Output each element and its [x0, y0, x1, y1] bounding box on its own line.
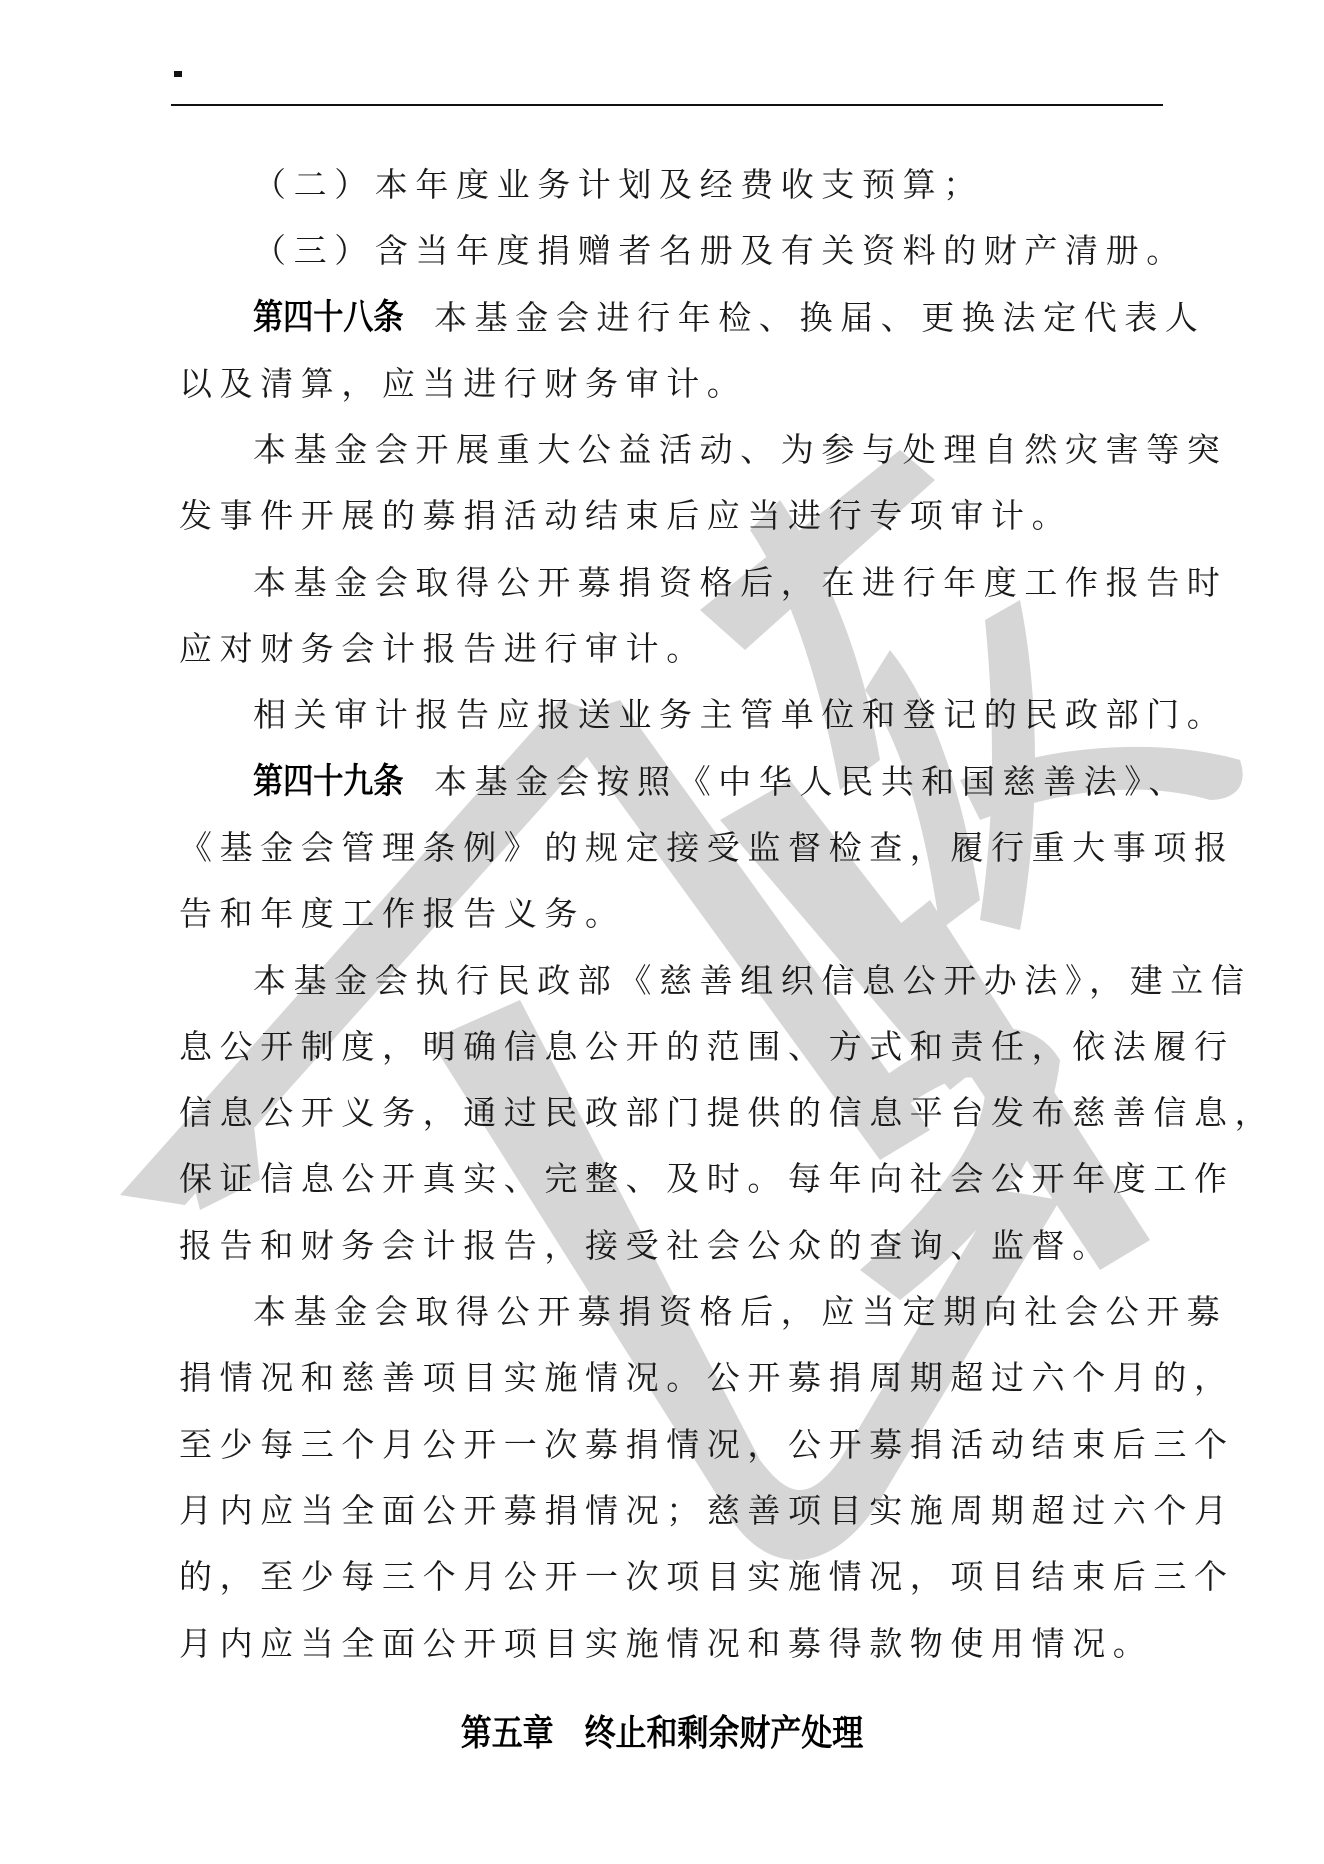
line-text: 至少每三个月公开一次募捐情况，公开募捐活动结束后三个	[179, 1425, 1235, 1464]
text-line: 本基金会开展重大公益活动、为参与处理自然灾害等突	[179, 417, 1169, 483]
text-line: 捐情况和慈善项目实施情况。公开募捐周期超过六个月的，	[179, 1345, 1169, 1411]
line-text: 捐情况和慈善项目实施情况。公开募捐周期超过六个月的，	[179, 1358, 1235, 1397]
text-line: 本基金会取得公开募捐资格后，应当定期向社会公开募	[179, 1279, 1169, 1345]
line-text: 告和年度工作报告义务。	[179, 894, 626, 933]
text-line: 月内应当全面公开项目实施情况和募得款物使用情况。	[179, 1611, 1169, 1677]
text-line: 相关审计报告应报送业务主管单位和登记的民政部门。	[179, 682, 1169, 748]
line-text: 保证信息公开真实、完整、及时。每年向社会公开年度工作	[179, 1159, 1235, 1198]
line-text: 信息公开义务，通过民政部门提供的信息平台发布慈善信息，	[179, 1093, 1275, 1132]
line-text: 以及清算，应当进行财务审计。	[179, 364, 747, 403]
text-line: 息公开制度，明确信息公开的范围、方式和责任，依法履行	[179, 1014, 1169, 1080]
text-line: 的，至少每三个月公开一次项目实施情况，项目结束后三个	[179, 1544, 1169, 1610]
article-number: 第四十九条	[253, 749, 404, 815]
line-text: 本基金会取得公开募捐资格后，应当定期向社会公开募	[253, 1292, 1227, 1331]
line-text: 本基金会取得公开募捐资格后，在进行年度工作报告时	[253, 563, 1227, 602]
text-line: 报告和财务会计报告，接受社会公众的查询、监督。	[179, 1213, 1169, 1279]
chapter-title: 第五章 终止和剩余财产处理	[461, 1705, 863, 1756]
line-text: 的，至少每三个月公开一次项目实施情况，项目结束后三个	[179, 1557, 1235, 1596]
line-text: 月内应当全面公开募捐情况；慈善项目实施周期超过六个月	[179, 1491, 1235, 1530]
header-rule	[171, 104, 1163, 106]
line-text: 《基金会管理条例》的规定接受监督检查，履行重大事项报	[179, 828, 1235, 867]
text-line: （二）本年度业务计划及经费收支预算；	[179, 152, 1169, 218]
line-text: 本基金会开展重大公益活动、为参与处理自然灾害等突	[253, 430, 1227, 469]
line-text: 本基金会进行年检、换届、更换法定代表人	[416, 298, 1206, 337]
line-text: （三）含当年度捐赠者名册及有关资料的财产清册。	[253, 231, 1187, 270]
document-page: （二）本年度业务计划及经费收支预算； （三）含当年度捐赠者名册及有关资料的财产清…	[0, 0, 1324, 1864]
text-line: 发事件开展的募捐活动结束后应当进行专项审计。	[179, 483, 1169, 549]
text-line-article-49: 第四十九条 本基金会按照《中华人民共和国慈善法》、	[179, 749, 1169, 815]
line-text: 本基金会按照《中华人民共和国慈善法》、	[416, 762, 1189, 801]
text-line: 保证信息公开真实、完整、及时。每年向社会公开年度工作	[179, 1146, 1169, 1212]
header-mark	[174, 71, 182, 77]
text-line: 以及清算，应当进行财务审计。	[179, 351, 1169, 417]
article-number: 第四十八条	[253, 285, 404, 351]
line-text: 月内应当全面公开项目实施情况和募得款物使用情况。	[179, 1624, 1153, 1663]
chapter-heading: 第五章 终止和剩余财产处理	[0, 1705, 1324, 1756]
line-text: 应对财务会计报告进行审计。	[179, 629, 707, 668]
text-line: （三）含当年度捐赠者名册及有关资料的财产清册。	[179, 218, 1169, 284]
line-text: 息公开制度，明确信息公开的范围、方式和责任，依法履行	[179, 1027, 1235, 1066]
text-line: 告和年度工作报告义务。	[179, 881, 1169, 947]
line-text: 本基金会执行民政部《慈善组织信息公开办法》，建立信	[253, 961, 1252, 1000]
document-body: （二）本年度业务计划及经费收支预算； （三）含当年度捐赠者名册及有关资料的财产清…	[179, 152, 1169, 1677]
text-line-article-48: 第四十八条 本基金会进行年检、换届、更换法定代表人	[179, 285, 1169, 351]
line-text: 发事件开展的募捐活动结束后应当进行专项审计。	[179, 496, 1072, 535]
text-line: 月内应当全面公开募捐情况；慈善项目实施周期超过六个月	[179, 1478, 1169, 1544]
text-line: 《基金会管理条例》的规定接受监督检查，履行重大事项报	[179, 815, 1169, 881]
line-text: （二）本年度业务计划及经费收支预算；	[253, 165, 984, 204]
text-line: 应对财务会计报告进行审计。	[179, 616, 1169, 682]
line-text: 相关审计报告应报送业务主管单位和登记的民政部门。	[253, 695, 1227, 734]
text-line: 本基金会执行民政部《慈善组织信息公开办法》，建立信	[179, 948, 1169, 1014]
text-line: 信息公开义务，通过民政部门提供的信息平台发布慈善信息，	[179, 1080, 1169, 1146]
line-text: 报告和财务会计报告，接受社会公众的查询、监督。	[179, 1226, 1113, 1265]
text-line: 至少每三个月公开一次募捐情况，公开募捐活动结束后三个	[179, 1412, 1169, 1478]
text-line: 本基金会取得公开募捐资格后，在进行年度工作报告时	[179, 550, 1169, 616]
